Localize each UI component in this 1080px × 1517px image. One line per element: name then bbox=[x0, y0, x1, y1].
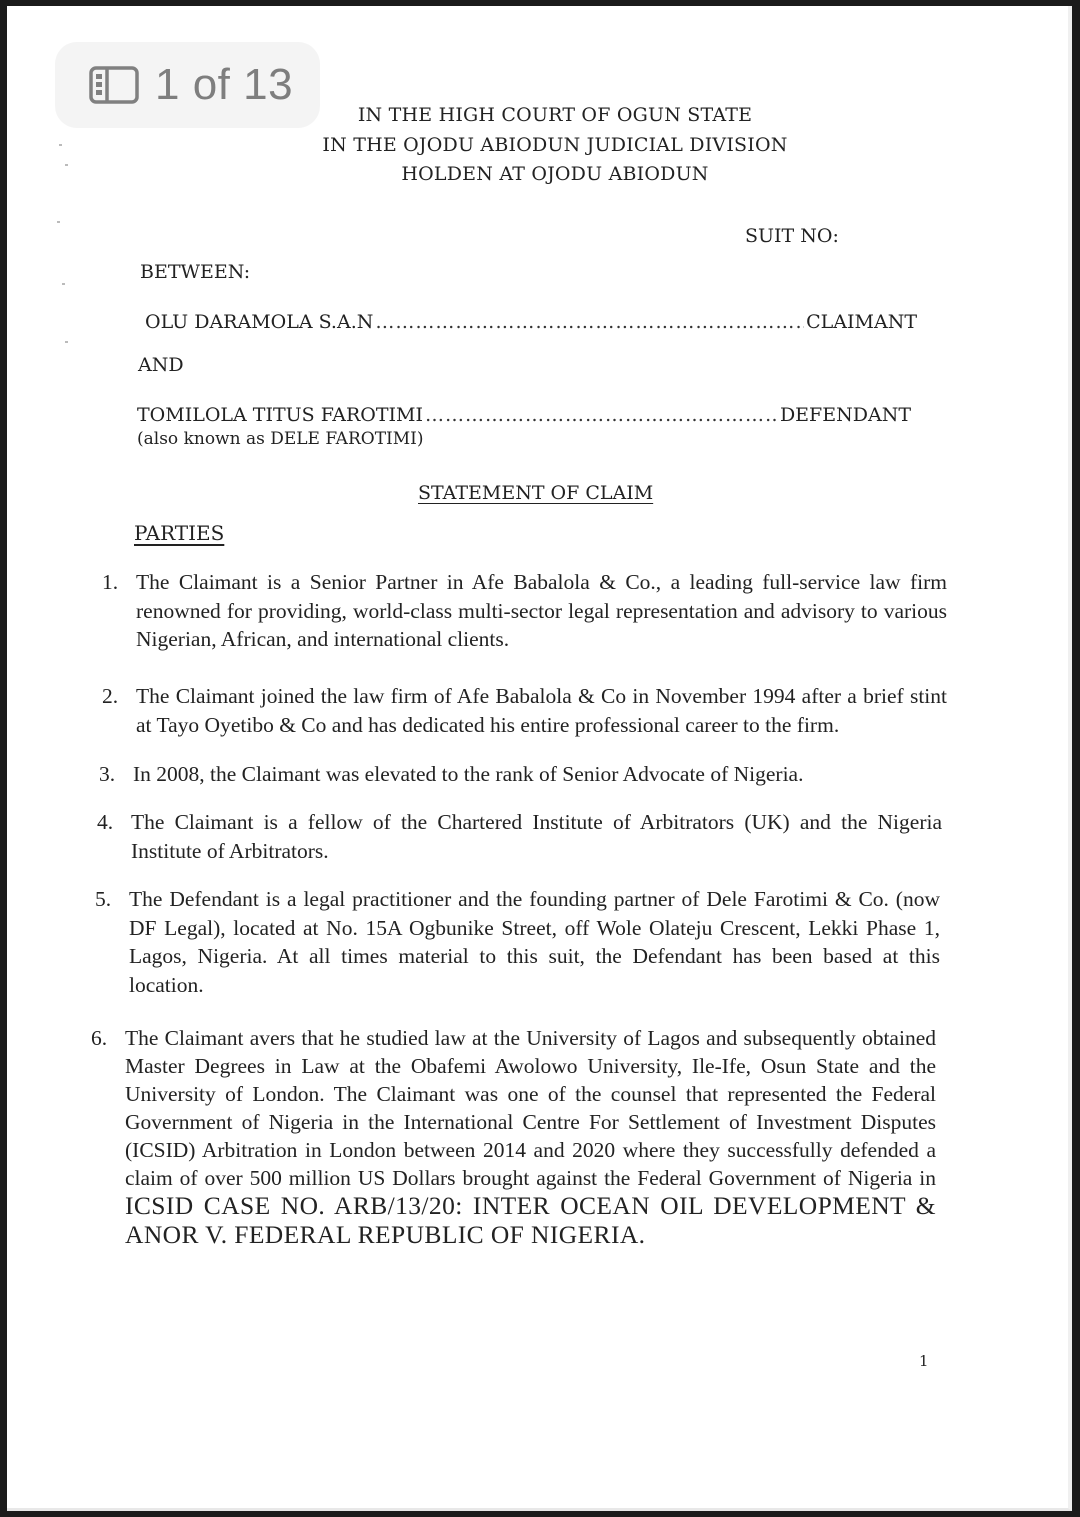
paragraph-number: 6. bbox=[91, 1024, 125, 1250]
paragraph-number: 2. bbox=[102, 682, 136, 739]
scan-speck bbox=[57, 221, 60, 223]
paragraph-number: 1. bbox=[102, 568, 136, 654]
sidebar-toggle-icon[interactable] bbox=[89, 66, 139, 104]
paragraph-6: 6. The Claimant avers that he studied la… bbox=[91, 1024, 936, 1250]
paragraph-2: 2. The Claimant joined the law firm of A… bbox=[102, 682, 947, 739]
paragraph-number: 5. bbox=[95, 885, 129, 999]
suit-number-label: SUIT NO: bbox=[745, 225, 839, 247]
leader-dots: …………………………………………………………………………………………………………… bbox=[425, 404, 778, 426]
leader-dots: …………………………………………………………………………………………………………… bbox=[375, 311, 804, 333]
document-title: STATEMENT OF CLAIM bbox=[418, 482, 653, 504]
paragraph-text: The Claimant avers that he studied law a… bbox=[125, 1024, 936, 1250]
page-number: 1 bbox=[919, 1352, 929, 1370]
scan-speck bbox=[65, 341, 68, 343]
between-label: BETWEEN: bbox=[140, 261, 250, 283]
and-label: AND bbox=[138, 354, 184, 376]
defendant-name: TOMILOLA TITUS FAROTIMI bbox=[137, 404, 423, 426]
paragraph-body: The Claimant avers that he studied law a… bbox=[125, 1026, 936, 1190]
paragraph-text: The Claimant joined the law firm of Afe … bbox=[136, 682, 947, 739]
paragraph-text: The Claimant is a fellow of the Chartere… bbox=[131, 808, 942, 865]
paragraph-4: 4. The Claimant is a fellow of the Chart… bbox=[97, 808, 942, 865]
paragraph-text: In 2008, the Claimant was elevated to th… bbox=[133, 760, 944, 789]
court-header-line-3: HOLDEN AT OJODU ABIODUN bbox=[7, 163, 1080, 185]
case-citation: ICSID CASE NO. ARB/13/20: INTER OCEAN OI… bbox=[125, 1191, 936, 1249]
page-counter-text: 1 of 13 bbox=[155, 60, 293, 110]
paragraph-1: 1. The Claimant is a Senior Partner in A… bbox=[102, 568, 947, 654]
paragraph-number: 3. bbox=[99, 760, 133, 789]
paragraph-number: 4. bbox=[97, 808, 131, 865]
scan-speck bbox=[62, 283, 65, 285]
defendant-role: DEFENDANT bbox=[780, 404, 911, 426]
court-header-line-2: IN THE OJODU ABIODUN JUDICIAL DIVISION bbox=[7, 134, 1080, 156]
claimant-role: CLAIMANT bbox=[806, 311, 917, 333]
defendant-row: TOMILOLA TITUS FAROTIMI …………………………………………… bbox=[137, 404, 911, 426]
paragraph-text: The Defendant is a legal practitioner an… bbox=[129, 885, 940, 999]
defendant-alias: (also known as DELE FAROTIMI) bbox=[137, 429, 424, 449]
section-heading-parties: PARTIES bbox=[134, 521, 224, 545]
claimant-name: OLU DARAMOLA S.A.N bbox=[145, 311, 373, 333]
page-counter[interactable]: 1 of 13 bbox=[55, 42, 320, 128]
paragraph-3: 3. In 2008, the Claimant was elevated to… bbox=[99, 760, 944, 789]
paragraph-text: The Claimant is a Senior Partner in Afe … bbox=[136, 568, 947, 654]
claimant-row: OLU DARAMOLA S.A.N ………………………………………………………… bbox=[145, 311, 917, 333]
document-page: IN THE HIGH COURT OF OGUN STATE IN THE O… bbox=[7, 6, 1072, 1511]
paragraph-5: 5. The Defendant is a legal practitioner… bbox=[95, 885, 940, 999]
